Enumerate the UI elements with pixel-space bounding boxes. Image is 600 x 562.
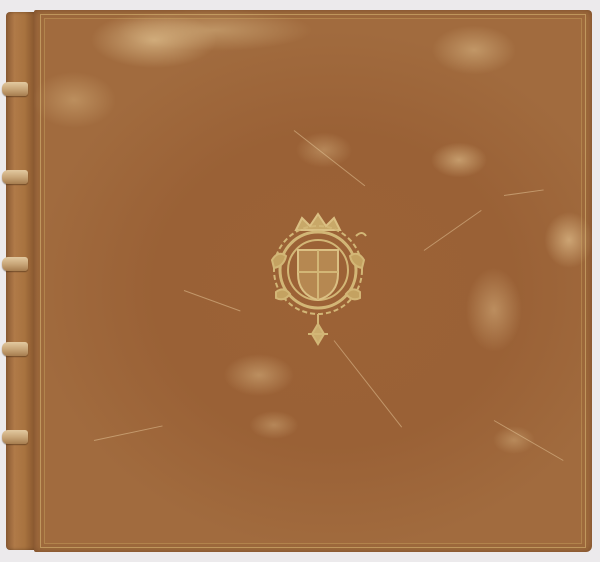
book [6, 10, 592, 552]
book-photograph [0, 0, 600, 562]
scratch-mark [94, 425, 163, 441]
spine-raised-band [2, 170, 28, 184]
scratch-mark [184, 290, 241, 311]
scratch-mark [294, 130, 366, 186]
spine-raised-band [2, 257, 28, 271]
scratch-mark [424, 210, 482, 251]
spine-raised-band [2, 430, 28, 444]
scratch-mark [494, 420, 564, 461]
spine-raised-band [2, 82, 28, 96]
scratch-mark [504, 189, 544, 196]
gilt-armorial-crest-icon [258, 208, 378, 358]
front-cover-board [34, 10, 592, 552]
spine-raised-band [2, 342, 28, 356]
